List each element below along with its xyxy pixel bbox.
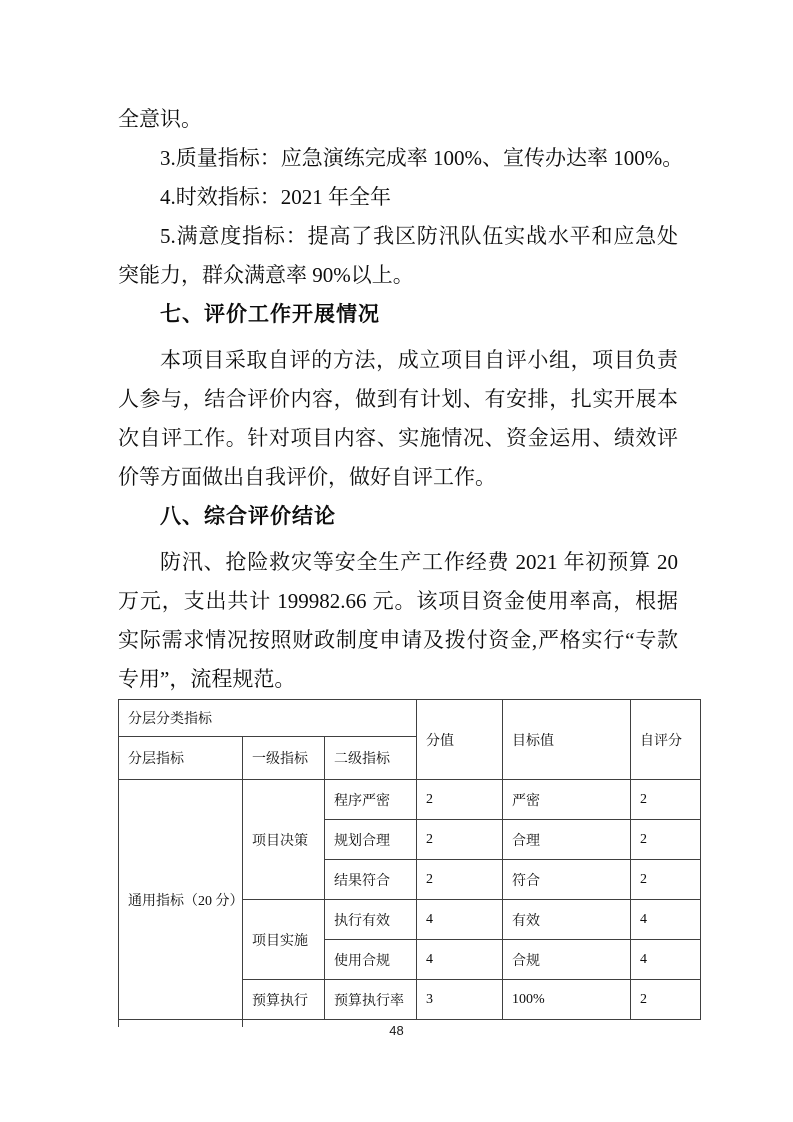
table-cell: 2 [417, 780, 503, 820]
document-page: 全意识。3.质量指标：应急演练完成率 100%、宣传办达率 100%。4.时效指… [0, 0, 793, 1122]
text-line: 5.满意度指标：提高了我区防汛队伍实战水平和应急处 [118, 217, 678, 256]
table-cell: 合理 [503, 820, 631, 860]
table-header-cell: 目标值 [503, 700, 631, 780]
indicator-table-head: 分层分类指标分值目标值自评分分层指标一级指标二级指标 [119, 700, 701, 780]
table-cell: 4 [631, 900, 701, 940]
table-cell: 使用合规 [325, 940, 417, 980]
table-header-cell: 分值 [417, 700, 503, 780]
text-line: 价等方面做出自我评价，做好自评工作。 [118, 458, 678, 497]
text-line: 突能力，群众满意率 90%以上。 [118, 256, 678, 295]
table-header-cell: 一级指标 [243, 737, 325, 780]
table-cell: 项目决策 [243, 780, 325, 900]
section-heading: 七、评价工作开展情况 [118, 295, 678, 334]
text-line: 次自评工作。针对项目内容、实施情况、资金运用、绩效评 [118, 419, 678, 458]
table-header-cell: 二级指标 [325, 737, 417, 780]
table-cell: 有效 [503, 900, 631, 940]
table-cell: 符合 [503, 860, 631, 900]
table-row: 通用指标（20 分）项目决策程序严密2严密2 [119, 780, 701, 820]
text-line: 专用”，流程规范。 [118, 660, 678, 699]
table-header-cell: 分层指标 [119, 737, 243, 780]
table-cell: 项目实施 [243, 900, 325, 980]
table-cell: 100% [503, 980, 631, 1020]
page-number: 48 [0, 1023, 793, 1038]
page-content: 全意识。3.质量指标：应急演练完成率 100%、宣传办达率 100%。4.时效指… [118, 100, 678, 1020]
text-line: 本项目采取自评的方法，成立项目自评小组，项目负责 [118, 341, 678, 380]
table-cell: 规划合理 [325, 820, 417, 860]
indicator-table: 分层分类指标分值目标值自评分分层指标一级指标二级指标 通用指标（20 分）项目决… [118, 699, 701, 1020]
table-cell: 4 [417, 900, 503, 940]
table-cell: 2 [631, 820, 701, 860]
table-row: 分层分类指标分值目标值自评分 [119, 700, 701, 737]
table-cell: 3 [417, 980, 503, 1020]
table-cell: 2 [631, 980, 701, 1020]
table-cell: 程序严密 [325, 780, 417, 820]
text-line: 实际需求情况按照财政制度申请及拨付资金,严格实行“专款 [118, 621, 678, 660]
table-cell: 预算执行率 [325, 980, 417, 1020]
section-heading: 八、综合评价结论 [118, 497, 678, 536]
text-line: 万元，支出共计 199982.66 元。该项目资金使用率高，根据 [118, 582, 678, 621]
table-cell: 4 [417, 940, 503, 980]
table-cell: 通用指标（20 分） [119, 780, 243, 1020]
indicator-table-body: 通用指标（20 分）项目决策程序严密2严密2规划合理2合理2结果符合2符合2项目… [119, 780, 701, 1020]
table-cell: 2 [417, 860, 503, 900]
text-block: 全意识。3.质量指标：应急演练完成率 100%、宣传办达率 100%。4.时效指… [118, 100, 678, 699]
table-cell: 严密 [503, 780, 631, 820]
text-line: 3.质量指标：应急演练完成率 100%、宣传办达率 100%。 [118, 139, 678, 178]
text-line: 4.时效指标：2021 年全年 [118, 178, 678, 217]
text-line: 防汛、抢险救灾等安全生产工作经费 2021 年初预算 20 [118, 543, 678, 582]
table-header-cell: 分层分类指标 [119, 700, 417, 737]
table-cell: 4 [631, 940, 701, 980]
table-cell: 预算执行 [243, 980, 325, 1020]
table-cell: 合规 [503, 940, 631, 980]
table-cell: 2 [417, 820, 503, 860]
text-line: 人参与，结合评价内容，做到有计划、有安排，扎实开展本 [118, 380, 678, 419]
table-cell: 结果符合 [325, 860, 417, 900]
indicator-table-wrap: 分层分类指标分值目标值自评分分层指标一级指标二级指标 通用指标（20 分）项目决… [118, 699, 700, 1020]
table-header-cell: 自评分 [631, 700, 701, 780]
table-cell: 2 [631, 780, 701, 820]
table-cell: 2 [631, 860, 701, 900]
text-line: 全意识。 [118, 100, 678, 139]
table-cell: 执行有效 [325, 900, 417, 940]
